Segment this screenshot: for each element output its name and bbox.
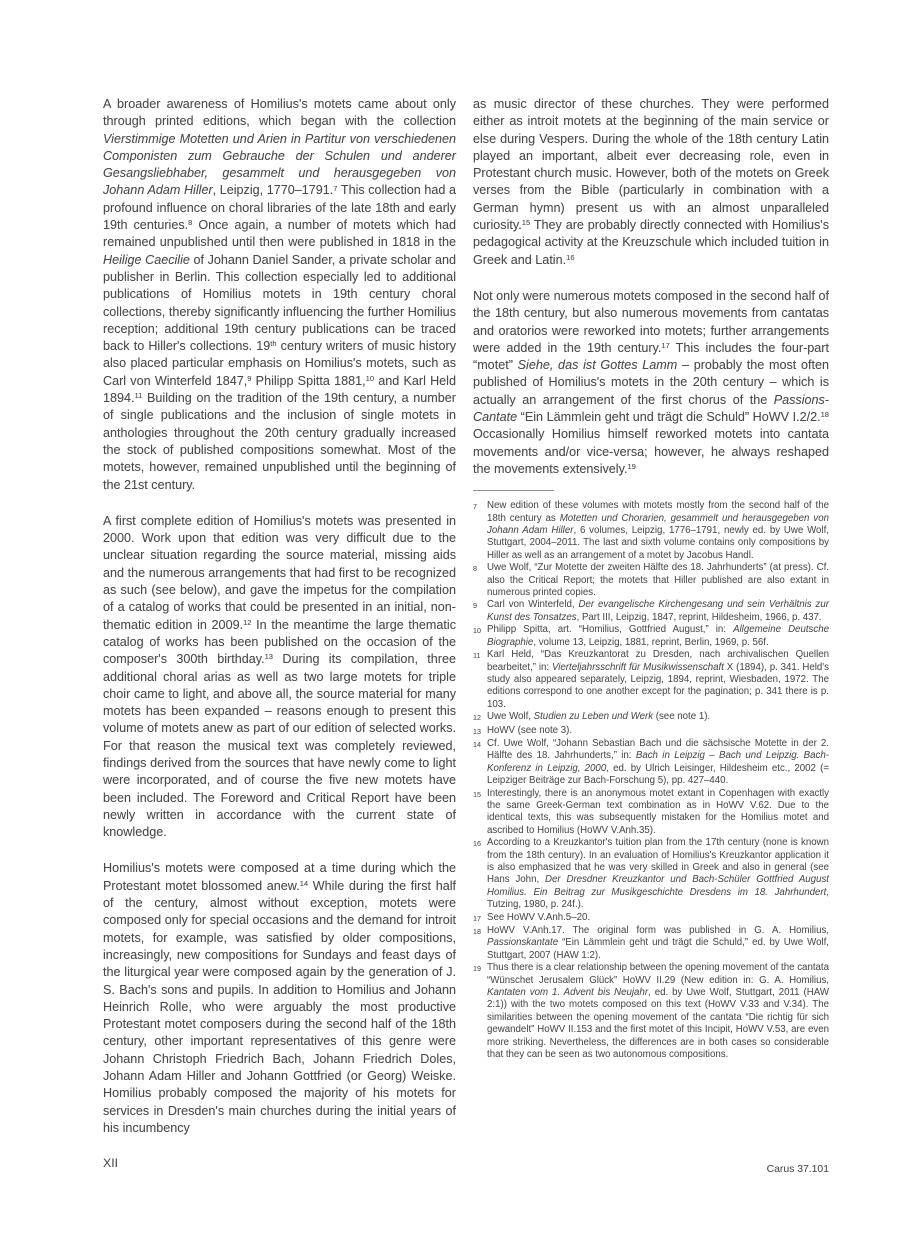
footnote-list: 7 New edition of these volumes with mote… [473,500,829,1061]
footnote-item: 16 According to a Kreuzkantor's tuition … [473,837,829,911]
footnote-item: 7 New edition of these volumes with mote… [473,500,829,562]
footnote-item: 15 Interestingly, there is an anonymous … [473,788,829,838]
footnote-text: See HoWV V.Anh.5–20. [487,912,829,925]
paragraph: Homilius's motets were composed at a tim… [103,860,456,1137]
footnote-divider [473,490,554,491]
page-number: XII [103,1156,118,1170]
footnote-number: 11 [473,649,487,711]
footnote-item: 18 HoWV V.Anh.17. The original form was … [473,925,829,962]
paragraph: as music director of these churches. The… [473,96,829,269]
footnote-item: 11 Karl Held, “Das Kreuzkantorat zu Dres… [473,649,829,711]
footnote-item: 9 Carl von Winterfeld, Der evangelische … [473,599,829,624]
footnote-text: Uwe Wolf, Studien zu Leben und Werk (see… [487,711,829,724]
footnote-number: 10 [473,624,487,649]
footnote-item: 8 Uwe Wolf, “Zur Motette der zweiten Häl… [473,562,829,599]
footnote-item: 14 Cf. Uwe Wolf, “Johann Sebastian Bach … [473,738,829,788]
footnote-text: Cf. Uwe Wolf, “Johann Sebastian Bach und… [487,738,829,788]
right-column: as music director of these churches. The… [473,96,829,1062]
footnote-item: 19 Thus there is a clear relationship be… [473,962,829,1061]
footnote-text: Interestingly, there is an anonymous mot… [487,788,829,838]
footnote-text: New edition of these volumes with motets… [487,500,829,562]
paragraph: A broader awareness of Homilius's motets… [103,96,456,494]
footnote-text: Uwe Wolf, “Zur Motette der zweiten Hälft… [487,562,829,599]
footnote-text: Thus there is a clear relationship betwe… [487,962,829,1061]
catalog-number: Carus 37.101 [473,1164,829,1175]
left-column: A broader awareness of Homilius's motets… [103,96,456,1156]
footnote-item: 12 Uwe Wolf, Studien zu Leben und Werk (… [473,711,829,724]
footnote-text: According to a Kreuzkantor's tuition pla… [487,837,829,911]
footnote-text: Carl von Winterfeld, Der evangelische Ki… [487,599,829,624]
footnote-text: HoWV (see note 3). [487,725,829,738]
footnote-item: 10 Philipp Spitta, art. “Homilius, Gottf… [473,624,829,649]
footnote-item: 13 HoWV (see note 3). [473,725,829,738]
paragraph: A first complete edition of Homilius's m… [103,513,456,842]
footnote-number: 8 [473,562,487,599]
footnote-text: Philipp Spitta, art. “Homilius, Gottfrie… [487,624,829,649]
footnote-number: 15 [473,788,487,838]
footnote-number: 17 [473,912,487,925]
footnote-number: 9 [473,599,487,624]
footnote-number: 12 [473,711,487,724]
paragraph: Not only were numerous motets composed i… [473,288,829,478]
footnote-number: 14 [473,738,487,788]
footnote-number: 13 [473,725,487,738]
footnote-text: HoWV V.Anh.17. The original form was pub… [487,925,829,962]
footnotes-section: 7 New edition of these volumes with mote… [473,490,829,1061]
footnote-number: 16 [473,837,487,911]
footnote-number: 19 [473,962,487,1061]
footnote-item: 17 See HoWV V.Anh.5–20. [473,912,829,925]
footnote-number: 18 [473,925,487,962]
footnote-number: 7 [473,500,487,562]
scanned-document-page: A broader awareness of Homilius's motets… [0,0,900,1248]
footnote-text: Karl Held, “Das Kreuzkantorat zu Dresden… [487,649,829,711]
